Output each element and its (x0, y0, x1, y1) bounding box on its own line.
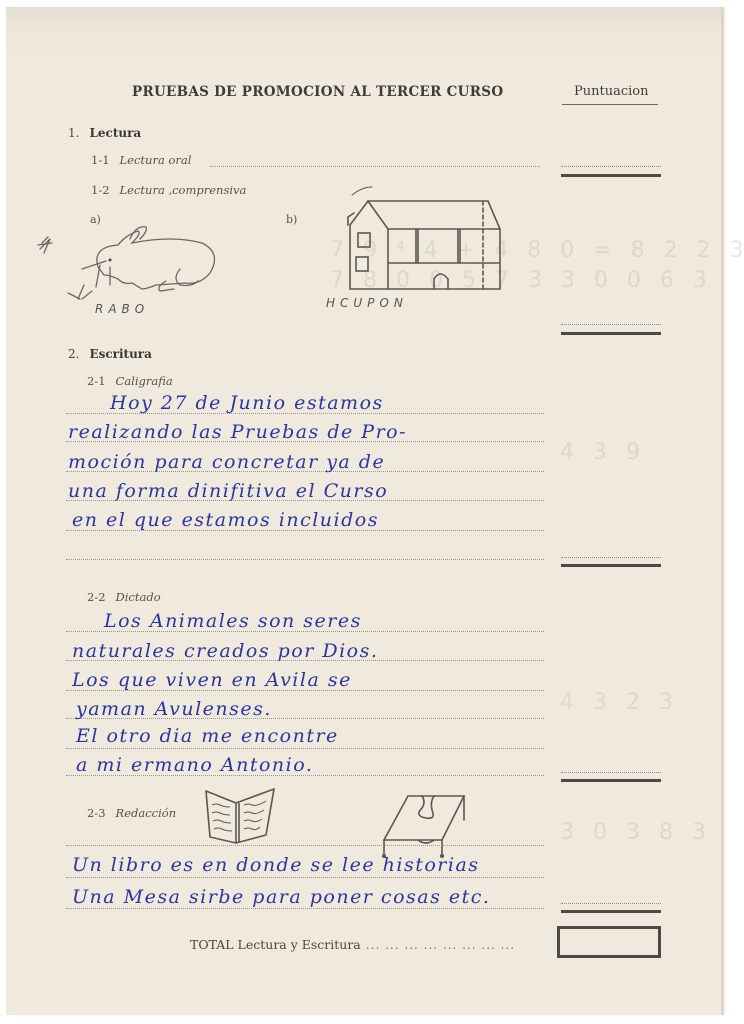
section-heading-escritura: 2.Escritura (68, 347, 152, 361)
writing-line (66, 845, 544, 846)
item-lectura-comprensiva: 1-2Lectura ,comprensiva (91, 183, 246, 197)
total-label: TOTAL Lectura y Escritura (190, 937, 361, 952)
item-redaccion: 2-3Redacción (87, 806, 176, 820)
section-title: Escritura (89, 347, 151, 361)
score-underline (561, 332, 661, 335)
score-column-header: Puntuacion (574, 84, 648, 99)
divider (562, 104, 658, 105)
bleed-through-text: 4 3 2 3 (560, 690, 679, 715)
option-b-label: b) (286, 213, 297, 226)
score-underline (561, 174, 661, 177)
handwritten-line: realizando las Pruebas de Pro- (68, 421, 407, 443)
item-label: Redacción (116, 806, 177, 820)
item-number: 2-1 (87, 374, 106, 388)
score-underline (561, 779, 661, 782)
writing-line (66, 908, 544, 909)
handwritten-line: El otro dia me encontre (76, 725, 339, 747)
section-number: 1. (68, 126, 79, 140)
item-label: Lectura oral (120, 153, 192, 167)
score-underline (561, 564, 661, 567)
item-number: 2-3 (87, 806, 106, 820)
writing-line (66, 748, 544, 749)
item-label: Lectura ,comprensiva (120, 183, 247, 197)
open-book-drawing-icon (200, 785, 280, 845)
item-number: 2-2 (87, 590, 106, 604)
score-field-lectura-oral[interactable] (561, 166, 661, 167)
handwritten-line: naturales creados por Dios. (72, 640, 378, 662)
score-field-caligrafia[interactable] (561, 557, 661, 558)
handwritten-line: a mi ermano Antonio. (76, 754, 313, 776)
item-label: Dictado (116, 590, 161, 604)
handwritten-line: yaman Avulenses. (76, 698, 272, 720)
item-lectura-oral: 1-1Lectura oral (91, 153, 191, 167)
writing-line (66, 559, 544, 560)
page-title: PRUEBAS DE PROMOCION AL TERCER CURSO (132, 84, 503, 100)
handwritten-line: Una Mesa sirbe para poner cosas etc. (72, 886, 490, 908)
handwritten-line: Hoy 27 de Junio estamos (110, 392, 384, 414)
bleed-through-text: 4 3 9 (560, 440, 646, 465)
score-field-lectura-comprensiva[interactable] (561, 324, 661, 325)
section-heading-lectura: 1.Lectura (68, 126, 141, 140)
score-field-redaccion[interactable] (561, 903, 661, 904)
writing-line (66, 877, 544, 878)
item-number: 1-2 (91, 183, 110, 197)
rabbit-drawing-icon (30, 225, 230, 305)
item-dictado: 2-2Dictado (87, 590, 161, 604)
total-leader-dots: ... ... ... ... ... ... ... ... (366, 938, 515, 952)
bleed-through-text: 3 0 3 8 3 (560, 820, 712, 845)
section-number: 2. (68, 347, 79, 361)
score-field-dictado[interactable] (561, 772, 661, 773)
section-title: Lectura (89, 126, 141, 140)
house-bus-drawing-icon (338, 185, 508, 295)
drawing-caption-a: RABO (95, 302, 149, 316)
handwritten-line: en el que estamos incluidos (72, 509, 379, 531)
handwritten-line: Los que viven en Avila se (72, 669, 352, 691)
item-number: 1-1 (91, 153, 110, 167)
table-drawing-icon (378, 790, 468, 860)
handwritten-line: Los Animales son seres (104, 610, 362, 632)
drawing-caption-b: HCUPON (326, 296, 408, 310)
answer-line (210, 166, 540, 167)
total-row: TOTAL Lectura y Escritura ... ... ... ..… (190, 934, 515, 953)
handwritten-line: moción para concretar ya de (68, 451, 385, 473)
item-caligrafia: 2-1Caligrafia (87, 374, 173, 388)
score-underline (561, 910, 661, 913)
handwritten-line: Un libro es en donde se lee historias (72, 854, 480, 876)
item-label: Caligrafia (116, 374, 173, 388)
handwritten-line: una forma dinifitiva el Curso (68, 480, 388, 502)
total-score-box[interactable] (557, 926, 661, 958)
